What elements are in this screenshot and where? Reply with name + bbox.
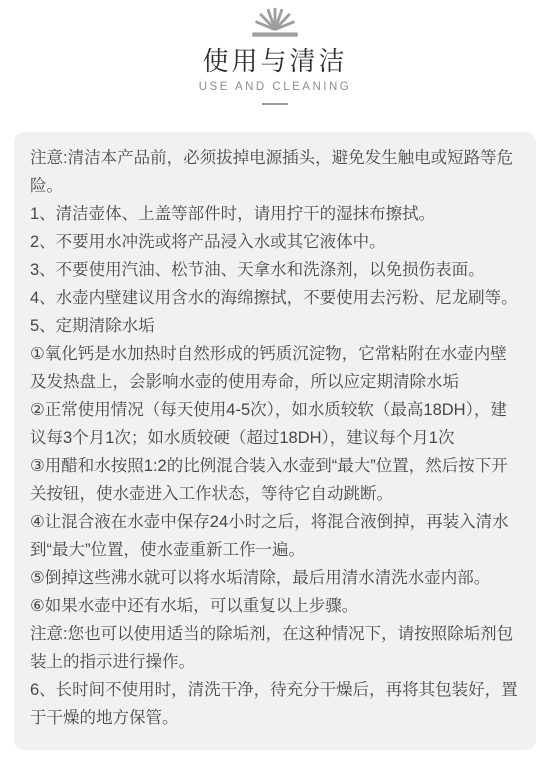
manual-page: 使用与清洁 USE AND CLEANING 注意:清洁本产品前，必须拔掉电源插… bbox=[0, 0, 550, 775]
notice-paragraph-1: 注意:清洁本产品前，必须拔掉电源插头，避免发生触电或短路等危险。 bbox=[30, 144, 520, 200]
section-subtitle-en: USE AND CLEANING bbox=[199, 80, 351, 94]
instructions-card: 注意:清洁本产品前，必须拔掉电源插头，避免发生触电或短路等危险。 1、清洁壶体、… bbox=[14, 132, 536, 750]
step-2: 2、不要用水冲洗或将产品浸入水或其它液体中。 bbox=[30, 228, 520, 256]
sunburst-icon bbox=[246, 6, 304, 40]
notice-paragraph-2: 注意:您也可以使用适当的除垢剂，在这种情况下，请按照除垢剂包装上的指示进行操作。 bbox=[30, 620, 520, 676]
descale-substep-4: ④让混合液在水壶中保存24小时之后，将混合液倒掉，再装入清水到“最大”位置，使水… bbox=[30, 508, 520, 564]
section-title: 使用与清洁 bbox=[202, 45, 347, 77]
descale-substep-1: ①氧化钙是水加热时自然形成的钙质沉淀物，它常粘附在水壶内壁及发热盘上，会影响水壶… bbox=[30, 340, 520, 396]
header-divider bbox=[262, 103, 288, 105]
step-5: 5、定期清除水垢 bbox=[30, 312, 520, 340]
step-4: 4、水壶内壁建议用含水的海绵擦拭，不要使用去污粉、尼龙刷等。 bbox=[30, 284, 520, 312]
section-header: 使用与清洁 USE AND CLEANING bbox=[0, 0, 550, 105]
step-3: 3、不要使用汽油、松节油、天拿水和洗涤剂，以免损伤表面。 bbox=[30, 256, 520, 284]
descale-substep-2: ②正常使用情况（每天使用4-5次），如水质较软（最高18DH），建议每3个月1次… bbox=[30, 396, 520, 452]
descale-substep-3: ③用醋和水按照1:2的比例混合装入水壶到“最大”位置，然后按下开关按钮，使水壶进… bbox=[30, 452, 520, 508]
step-6: 6、长时间不使用时，清洗干净，待充分干燥后，再将其包装好，置于干燥的地方保管。 bbox=[30, 676, 520, 732]
descale-substep-6: ⑥如果水壶中还有水垢，可以重复以上步骤。 bbox=[30, 592, 520, 620]
step-1: 1、清洁壶体、上盖等部件时，请用拧干的湿抹布擦拭。 bbox=[30, 200, 520, 228]
descale-substep-5: ⑤倒掉这些沸水就可以将水垢清除，最后用清水清洗水壶内部。 bbox=[30, 564, 520, 592]
